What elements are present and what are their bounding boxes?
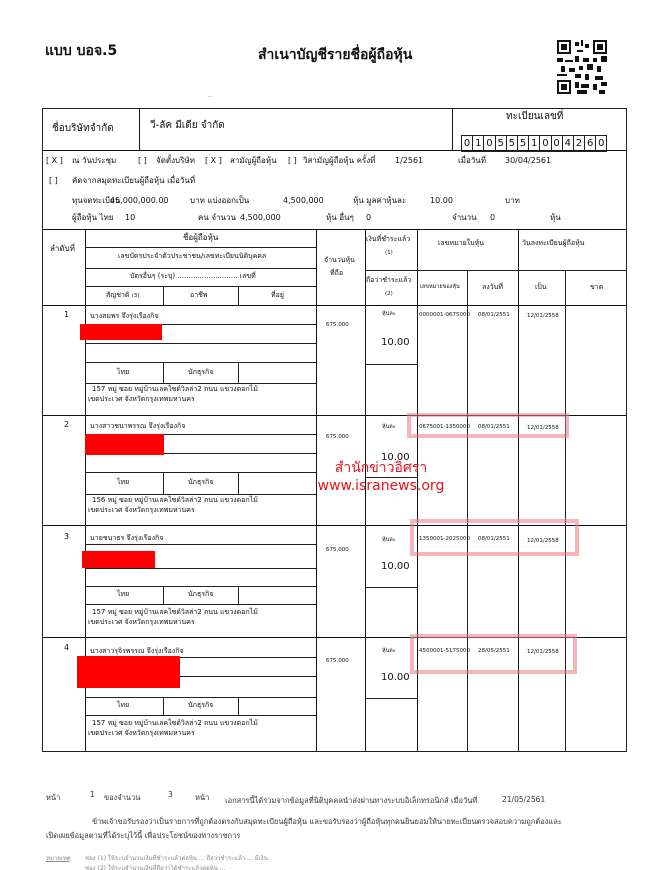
col-nationality: สัญชาติ (3) (106, 292, 140, 300)
note-ref: (3) (132, 293, 140, 299)
registration-label: ทะเบียนเลขที่ (506, 111, 563, 122)
address-line-2: เขตประเวศ จังหวัดกรุงเทพมหานคร (88, 730, 195, 738)
col-address: ที่อยู่ (271, 292, 284, 300)
copy-register-label: คัดจากสมุดทะเบียนผู้ถือหุ้น เมื่อวันที่ (72, 177, 195, 186)
thai-holders-label: ผู้ถือหุ้น ไทย (72, 214, 114, 223)
nationality: ไทย (117, 479, 129, 487)
address-line-1: 157 หมู่ ซอย หมู่บ้านเลคไซด์วิลล่า2 ถนน … (92, 720, 258, 728)
source-text: เอกสารนี้ได้รวมจากข้อมูลที่นิติบุคคลนำส่… (225, 795, 477, 807)
par-value: 10.00 (430, 197, 453, 206)
persons-amount-label: คน จำนวน (198, 214, 236, 223)
note-line-2: ช่อง (2) ให้ระบุจำนวนเงินที่ถือว่าได้ชำร… (85, 863, 225, 870)
meeting-number: 1/2561 (395, 157, 423, 166)
paid-per-share-value: 10.00 (381, 337, 410, 348)
col-id-number: เลขบัตรประจำตัวประชาชน/เลขทะเบียนนิติบุค… (118, 253, 266, 261)
reg-digit: 0 (595, 135, 607, 152)
cert-range: 0000001-0675000 (419, 312, 470, 318)
paid-per-share-label: หุ้นละ (382, 648, 396, 654)
address-line-1: 157 หมู่ ซอย หมู่บ้านเลคไซด์วิลล่า2 ถนน … (92, 609, 258, 617)
certify-line-1: ข้าพเจ้าขอรับรองว่าเป็นรายการที่ถูกต้องต… (92, 816, 562, 828)
occupation: นักธุรกิจ (188, 479, 213, 487)
checkbox-incorporation: [ ] (138, 157, 147, 166)
shares-unit-label: หุ้น (550, 214, 561, 223)
shares-held: 675,000 (326, 547, 349, 553)
highlight-box (410, 634, 577, 674)
watermark: สำนักข่าวอิศรา www.isranews.org (306, 460, 456, 495)
address-line-1: 157 หมู่ ซอย หมู่บ้านเลคไซด์วิลล่า2 ถนน … (92, 386, 258, 394)
cert-date: 08/01/2551 (478, 312, 510, 318)
shares-held: 675,000 (326, 322, 349, 328)
col-paid: เงินที่ชำระแล้ว (366, 236, 410, 244)
total-shares-value: 4,500,000 (283, 197, 324, 206)
certify-line-2: เปิดเผยข้อมูลตามที่ได้ระบุไว้นี้ เพื่อปร… (46, 830, 240, 842)
watermark-line-1: สำนักข่าวอิศรา (306, 460, 456, 478)
page-label: หน้า (46, 792, 60, 804)
redacted-id (85, 434, 164, 455)
row-order: 2 (64, 421, 69, 430)
nationality: ไทย (117, 591, 129, 599)
col-occupation: อาชีพ (190, 292, 208, 300)
total-pages: 3 (168, 790, 173, 799)
col-register-date: วันลงทะเบียนผู้ถือหุ้น (522, 240, 584, 248)
paid-per-share-label: หุ้นละ (382, 424, 396, 430)
row-order: 3 (64, 533, 69, 542)
col-deemed-paid: ถือว่าชำระแล้ว (366, 277, 411, 285)
divided-into-label: บาท แบ่งออกเป็น (190, 197, 249, 206)
note-label: หมายเหตุ (46, 853, 71, 863)
col-cert-number: เลขหมายใบหุ้น (438, 240, 484, 248)
par-value-label: หุ้น มูลค่าหุ้นละ (353, 197, 406, 206)
address-line-1: 156 หมู่ ซอย หมู่บ้านเลคไซด์วิลล่า2 ถนน … (92, 497, 258, 505)
shares-held: 675,000 (326, 658, 349, 664)
incorporation-label: จัดตั้งบริษัท (156, 157, 195, 166)
address-line-2: เขตประเวศ จังหวัดกรุงเทพมหานคร (88, 619, 195, 627)
col-became: เป็น (535, 284, 547, 292)
holder-name: นายชนาธร จึงรุ่งเรืองกิจ (90, 535, 163, 543)
redacted-id (77, 656, 180, 688)
company-name-label: ชื่อบริษัทจำกัด (52, 123, 114, 134)
col-ceased: ขาด (590, 284, 603, 292)
address-line-2: เขตประเวศ จังหวัดกรุงเทพมหานคร (88, 507, 195, 515)
registration-number: 0 1 0 5 5 5 1 0 0 4 2 6 0 (462, 135, 607, 152)
watermark-line-2: www.isranews.org (306, 478, 456, 496)
note-line-1: ช่อง (1) ให้ระบุจำนวนเงินที่ชำระแล้วต่อห… (85, 853, 268, 863)
col-cert-sub: เลขหมายของหุ้น (420, 284, 460, 290)
col-shares-held: จำนวนหุ้น (324, 257, 355, 265)
col-holder-name: ชื่อผู้ถือหุ้น (183, 234, 218, 243)
at-meeting-label: ณ วันประชุม (72, 157, 116, 166)
form-code: แบบ บอจ.5 (45, 40, 117, 62)
occupation: นักธุรกิจ (188, 702, 213, 710)
occupation: นักธุรกิจ (188, 591, 213, 599)
nationality-text: สัญชาติ (106, 291, 129, 299)
checkbox-ordinary-meeting: [ X ] (205, 157, 222, 166)
col-other-card: บัตรอื่นๆ (ระบุ) .......................… (130, 273, 256, 281)
col-deemed-paid-note: (2) (385, 291, 393, 297)
qr-code-icon (557, 40, 607, 94)
col-order: ลำดับที่ (50, 245, 75, 254)
thai-shares-value: 4,500,000 (240, 214, 281, 223)
holder-name: นางสาวชนาพรรณ จึงรุ่งเรืองกิจ (90, 423, 185, 431)
company-name: วี-ลัค มีเดีย จำกัด (150, 120, 225, 131)
nationality: ไทย (117, 702, 129, 710)
source-date: 21/05/2561 (502, 795, 545, 804)
ordinary-meeting-label: สามัญผู้ถือหุ้น (230, 157, 277, 166)
other-shares-value: 0 (490, 214, 495, 223)
col-shares-held-2: ที่ถือ (330, 270, 343, 278)
meeting-date-label: เมื่อวันที่ (458, 157, 486, 166)
other-holders-label: หุ้น อื่นๆ (326, 214, 354, 223)
baht-label: บาท (505, 197, 520, 206)
row-order: 4 (64, 644, 69, 653)
holder-name: นางสมพร จึงรุ่งเรืองกิจ (90, 313, 158, 321)
thai-holders-count: 10 (125, 214, 135, 223)
highlight-box (410, 519, 579, 556)
col-cert-date: ลงวันที่ (482, 284, 503, 292)
occupation: นักธุรกิจ (188, 369, 213, 377)
paid-per-share-value: 10.00 (381, 561, 410, 572)
checkbox-at-meeting: [ X ] (46, 157, 63, 166)
shares-held: 675,000 (326, 434, 349, 440)
of-total-label: ของจำนวน (104, 792, 140, 804)
paid-per-share-value: 10.00 (381, 672, 410, 683)
highlight-box (407, 413, 569, 438)
redacted-id (80, 324, 162, 340)
address-line-2: เขตประเวศ จังหวัดกรุงเทพมหานคร (88, 396, 195, 404)
other-amount-label: จำนวน (452, 214, 477, 223)
meeting-date: 30/04/2561 (505, 157, 551, 166)
other-holders-count: 0 (366, 214, 371, 223)
checkbox-extraordinary-meeting: [ ] (288, 157, 297, 166)
redacted-id (82, 551, 155, 568)
paid-per-share-label: หุ้นละ (382, 311, 396, 317)
row-order: 1 (64, 311, 69, 320)
col-paid-note: (1) (385, 250, 393, 256)
page-number: 1 (90, 790, 95, 799)
extraordinary-meeting-label: วิสามัญผู้ถือหุ้น ครั้งที่ (303, 157, 375, 166)
register-date: 12/01/2558 (527, 313, 559, 319)
registered-capital-value: 45,000,000.00 (110, 197, 169, 206)
checkbox-copy-register: [ ] (49, 177, 58, 186)
pages-label: หน้า (195, 792, 209, 804)
document-title: สำเนาบัญชีรายชื่อผู้ถือหุ้น (258, 44, 412, 66)
scan-artifact: .. (208, 92, 212, 99)
paid-per-share-label: หุ้นละ (382, 537, 396, 543)
nationality: ไทย (117, 369, 129, 377)
holder-name: นางสาวรุจิรพรรณ จึงรุ่งเรืองกิจ (90, 648, 184, 656)
